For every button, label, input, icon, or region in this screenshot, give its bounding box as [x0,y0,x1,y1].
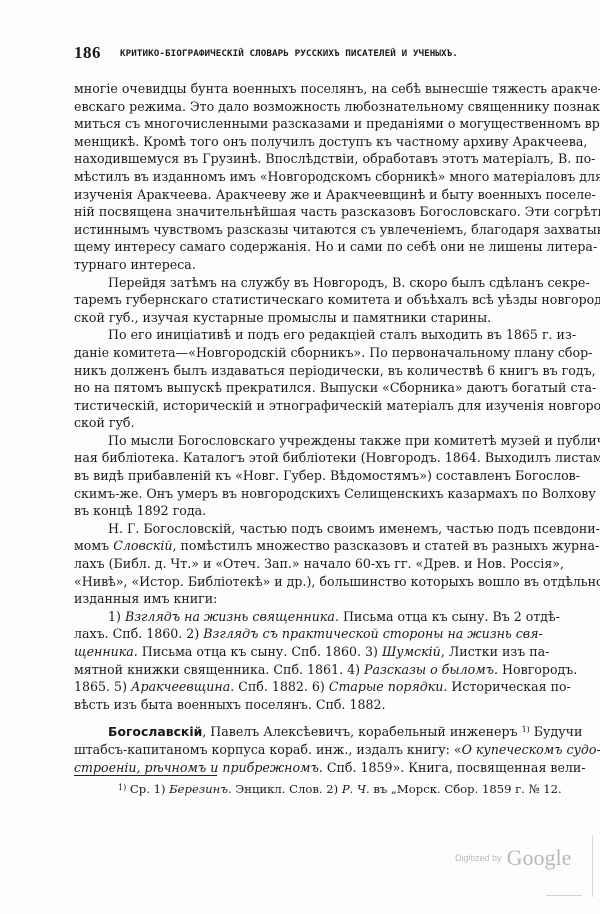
text-line: лахъ. Спб. 1860. 2) Взглядъ съ практичес… [74,625,531,643]
footnote: 1) Ср. 1) Березинъ. Энцикл. Слов. 2) Р. … [118,781,562,798]
paragraph: По мысли Богословскаго учреждены также п… [74,432,531,520]
text-line: щенника. Письма отца къ сыну. Спб. 1860.… [74,643,531,661]
text-line: лахъ (Библ. д. Чт.» и «Отеч. Зап.» начал… [74,555,531,573]
page-body: многіе очевидцы бунта военныхъ поселянъ,… [74,80,531,776]
paragraph: По его иниціативѣ и подъ его редакціей с… [74,326,531,432]
text-line: 1) Взглядъ на жизнь священника. Письма о… [74,608,531,626]
paragraph: многіе очевидцы бунта военныхъ поселянъ,… [74,80,531,274]
text-line: таремъ губернскаго статистическаго комит… [74,291,531,309]
scan-edge-dash [546,895,582,896]
dictionary-entry: Богославскій, Павелъ Алексѣевичъ, корабе… [74,723,531,776]
text-line: въ видѣ прибавленій къ «Новг. Губер. Вѣд… [74,467,531,485]
text-line: менщикѣ. Кромѣ того онъ получилъ доступъ… [74,133,531,151]
paragraph: Н. Г. Богословскій, частью подъ своимъ и… [74,520,531,608]
text-line: ской губ. [74,414,531,432]
text-line: ній посвящена значительнѣйшая часть разс… [74,203,531,221]
text-line: момъ Словскій, помѣстилъ множество разск… [74,537,531,555]
text-line: но на пятомъ выпускѣ прекратился. Выпуск… [74,379,531,397]
scan-edge-mark [592,835,593,897]
text-line: евскаго режима. Это дало возможность люб… [74,98,531,116]
footnote-rule [74,775,217,776]
text-line: ная библіотека. Каталогъ этой библіотеки… [74,449,531,467]
digitized-by-google-watermark: Digitized by Google [455,845,571,871]
text-line: ской губ., изучая кустарные промыслы и п… [74,309,531,327]
book-list: 1) Взглядъ на жизнь священника. Письма о… [74,608,531,714]
text-line: изданныя имъ книги: [74,590,531,608]
text-line: По мысли Богословскаго учреждены также п… [74,432,531,450]
text-line: изученія Аракчеева. Аракчееву же и Аракч… [74,186,531,204]
book-page: 186 КРИТИКО-БІОГРАФИЧЕСКІЙ СЛОВАРЬ РУССК… [0,0,600,914]
text-line: Перейдя затѣмъ на службу въ Новгородъ, В… [74,274,531,292]
page-number: 186 [74,43,101,63]
running-title: КРИТИКО-БІОГРАФИЧЕСКІЙ СЛОВАРЬ РУССКИХЪ … [120,48,458,59]
text-line: многіе очевидцы бунта военныхъ поселянъ,… [74,80,531,98]
text-line: тистическій, историческій и этнографичес… [74,397,531,415]
text-line: строеніи, рѣчномъ и прибрежномъ. Спб. 18… [74,759,531,777]
text-line: миться съ многочисленными разсказами и п… [74,115,531,133]
text-line: По его иниціативѣ и подъ его редакціей с… [74,326,531,344]
page-header: 186 КРИТИКО-БІОГРАФИЧЕСКІЙ СЛОВАРЬ РУССК… [74,43,534,63]
text-line: Богославскій, Павелъ Алексѣевичъ, корабе… [74,723,531,741]
text-line: скимъ-же. Онъ умеръ въ новгородскихъ Сел… [74,485,531,503]
text-line: никъ долженъ былъ издаваться періодическ… [74,362,531,380]
text-line: щему интересу самаго содержанія. Но и са… [74,238,531,256]
text-line: мѣстилъ въ изданномъ имъ «Новгородскомъ … [74,168,531,186]
text-line: вѣсть изъ быта военныхъ поселянъ. Спб. 1… [74,696,531,714]
text-line: турнаго интереса. [74,256,531,274]
text-line: находившемуся въ Грузинѣ. Впослѣдствіи, … [74,150,531,168]
text-line: 1865. 5) Аракчеевщина. Спб. 1882. 6) Ста… [74,678,531,696]
text-line: «Нивѣ», «Истор. Библіотекѣ» и др.), боль… [74,573,531,591]
text-line: мятной книжки священника. Спб. 1861. 4) … [74,661,531,679]
entry-name: Богославскій [108,724,202,739]
text-line: истиннымъ чувствомъ разсказы читаются съ… [74,221,531,239]
paragraph: Перейдя затѣмъ на службу въ Новгородъ, В… [74,274,531,327]
text-line: въ концѣ 1892 года. [74,502,531,520]
footnote-reference[interactable]: 1) [522,725,530,734]
text-line: Н. Г. Богословскій, частью подъ своимъ и… [74,520,531,538]
text-line: даніе комитета—«Новгородскій сборникъ». … [74,344,531,362]
text-line: штабсъ-капитаномъ корпуса кораб. инж., и… [74,741,531,759]
